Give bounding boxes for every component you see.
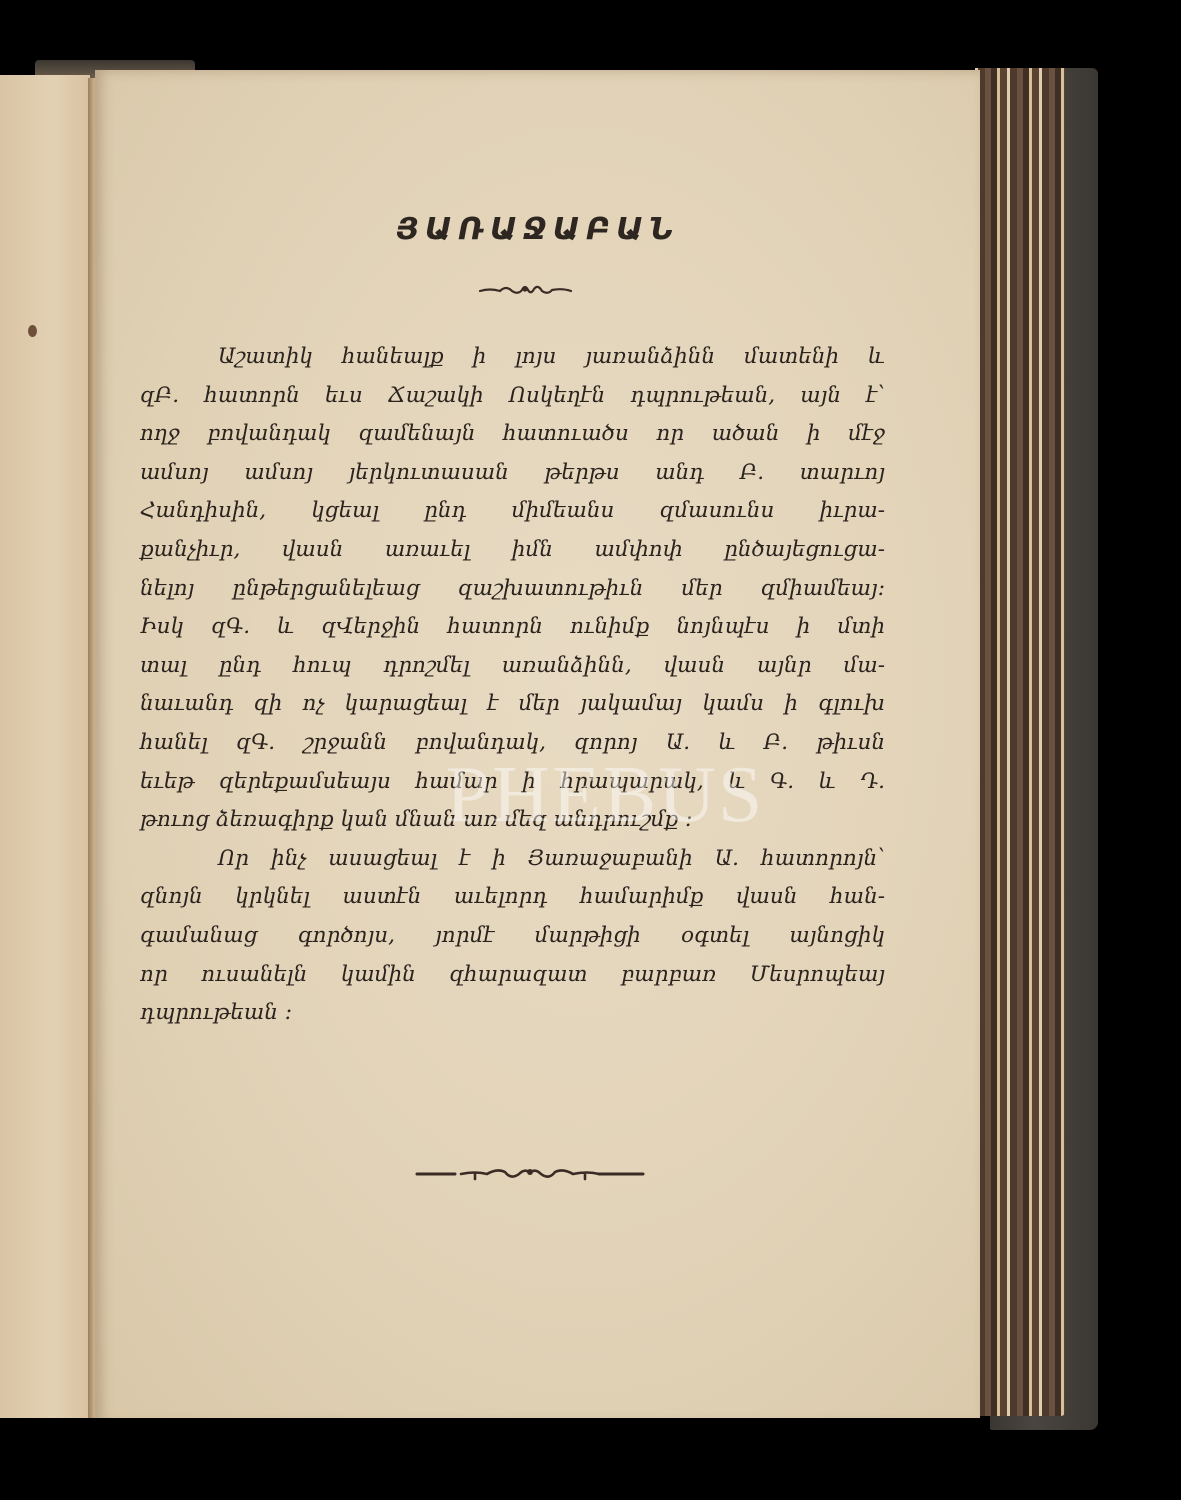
text-line: նաւանդ զի ոչ կարացեալ է մեր յակամայ կամս… bbox=[140, 685, 885, 724]
text-line: եւեթ զերեքամսեայս համար ի հրապարակ, և Գ.… bbox=[140, 763, 885, 802]
text-line: որ ուսանելն կամին զհարազատ բարբառ Մեսրոպ… bbox=[140, 956, 885, 995]
text-line: զնոյն կրկնել աստէն աւելորդ համարիմք վասն… bbox=[140, 878, 885, 917]
text-line: թուոց ձեռագիրք կան մնան առ մեզ անդրուշմք… bbox=[140, 801, 885, 840]
text-line: Որ ինչ ասացեալ է ի Յառաջաբանի Ա. հատորոյ… bbox=[140, 840, 885, 879]
text-line: զԲ. հատորն եւս Ճաշակի Ոսկեղէն դպրութեան,… bbox=[140, 377, 885, 416]
right-page: ՅԱՌԱՋԱԲԱՆ Աշատիկ հանեալք ի լոյս յառանձին… bbox=[95, 70, 980, 1425]
flourish-ornament-icon bbox=[478, 280, 573, 300]
text-line: քանչիւր, վասն առաւել իմն ամփոփ ընծայեցու… bbox=[140, 531, 885, 570]
text-line: ողջ բովանդակ զամենայն հատուածս որ ածան ի… bbox=[140, 415, 885, 454]
paper-stain bbox=[28, 325, 37, 337]
page-edges bbox=[975, 68, 1065, 1416]
text-line: նելոյ ընթերցանելեաց զաշխատութիւն մեր զմի… bbox=[140, 570, 885, 609]
text-line: Իսկ զԳ. և զՎերջին հատորն ունիմք նոյնպէս … bbox=[140, 608, 885, 647]
left-page bbox=[0, 75, 90, 1420]
paragraph-2: Որ ինչ ասացեալ է ի Յառաջաբանի Ա. հատորոյ… bbox=[140, 840, 885, 1033]
page-title: ՅԱՌԱՋԱԲԱՆ bbox=[95, 212, 980, 247]
text-line: ամսոյ ամսոյ յերկուտասան թերթս անդ Բ. տար… bbox=[140, 454, 885, 493]
flourish-rule-icon bbox=[415, 1162, 645, 1186]
text-line: գամանաց գործոյս, յորմէ մարթիցի օգտել այն… bbox=[140, 917, 885, 956]
background-shadow bbox=[0, 1418, 990, 1500]
text-line: Հանդիսին, կցեալ ընդ միմեանս զմասունս իւր… bbox=[140, 492, 885, 531]
text-line: Աշատիկ հանեալք ի լոյս յառանձինն մատենի և bbox=[140, 338, 885, 377]
text-line: դպրութեան ։ bbox=[140, 994, 885, 1033]
paragraph-1: Աշատիկ հանեալք ի լոյս յառանձինն մատենի և… bbox=[140, 338, 885, 840]
text-line: հանել զԳ. շրջանն բովանդակ, զորոյ Ա. և Բ.… bbox=[140, 724, 885, 763]
preface-body: Աշատիկ հանեալք ի լոյս յառանձինն մատենի և… bbox=[140, 338, 885, 1033]
text-line: տալ ընդ հուպ դրոշմել առանձինն, վասն այնր… bbox=[140, 647, 885, 686]
